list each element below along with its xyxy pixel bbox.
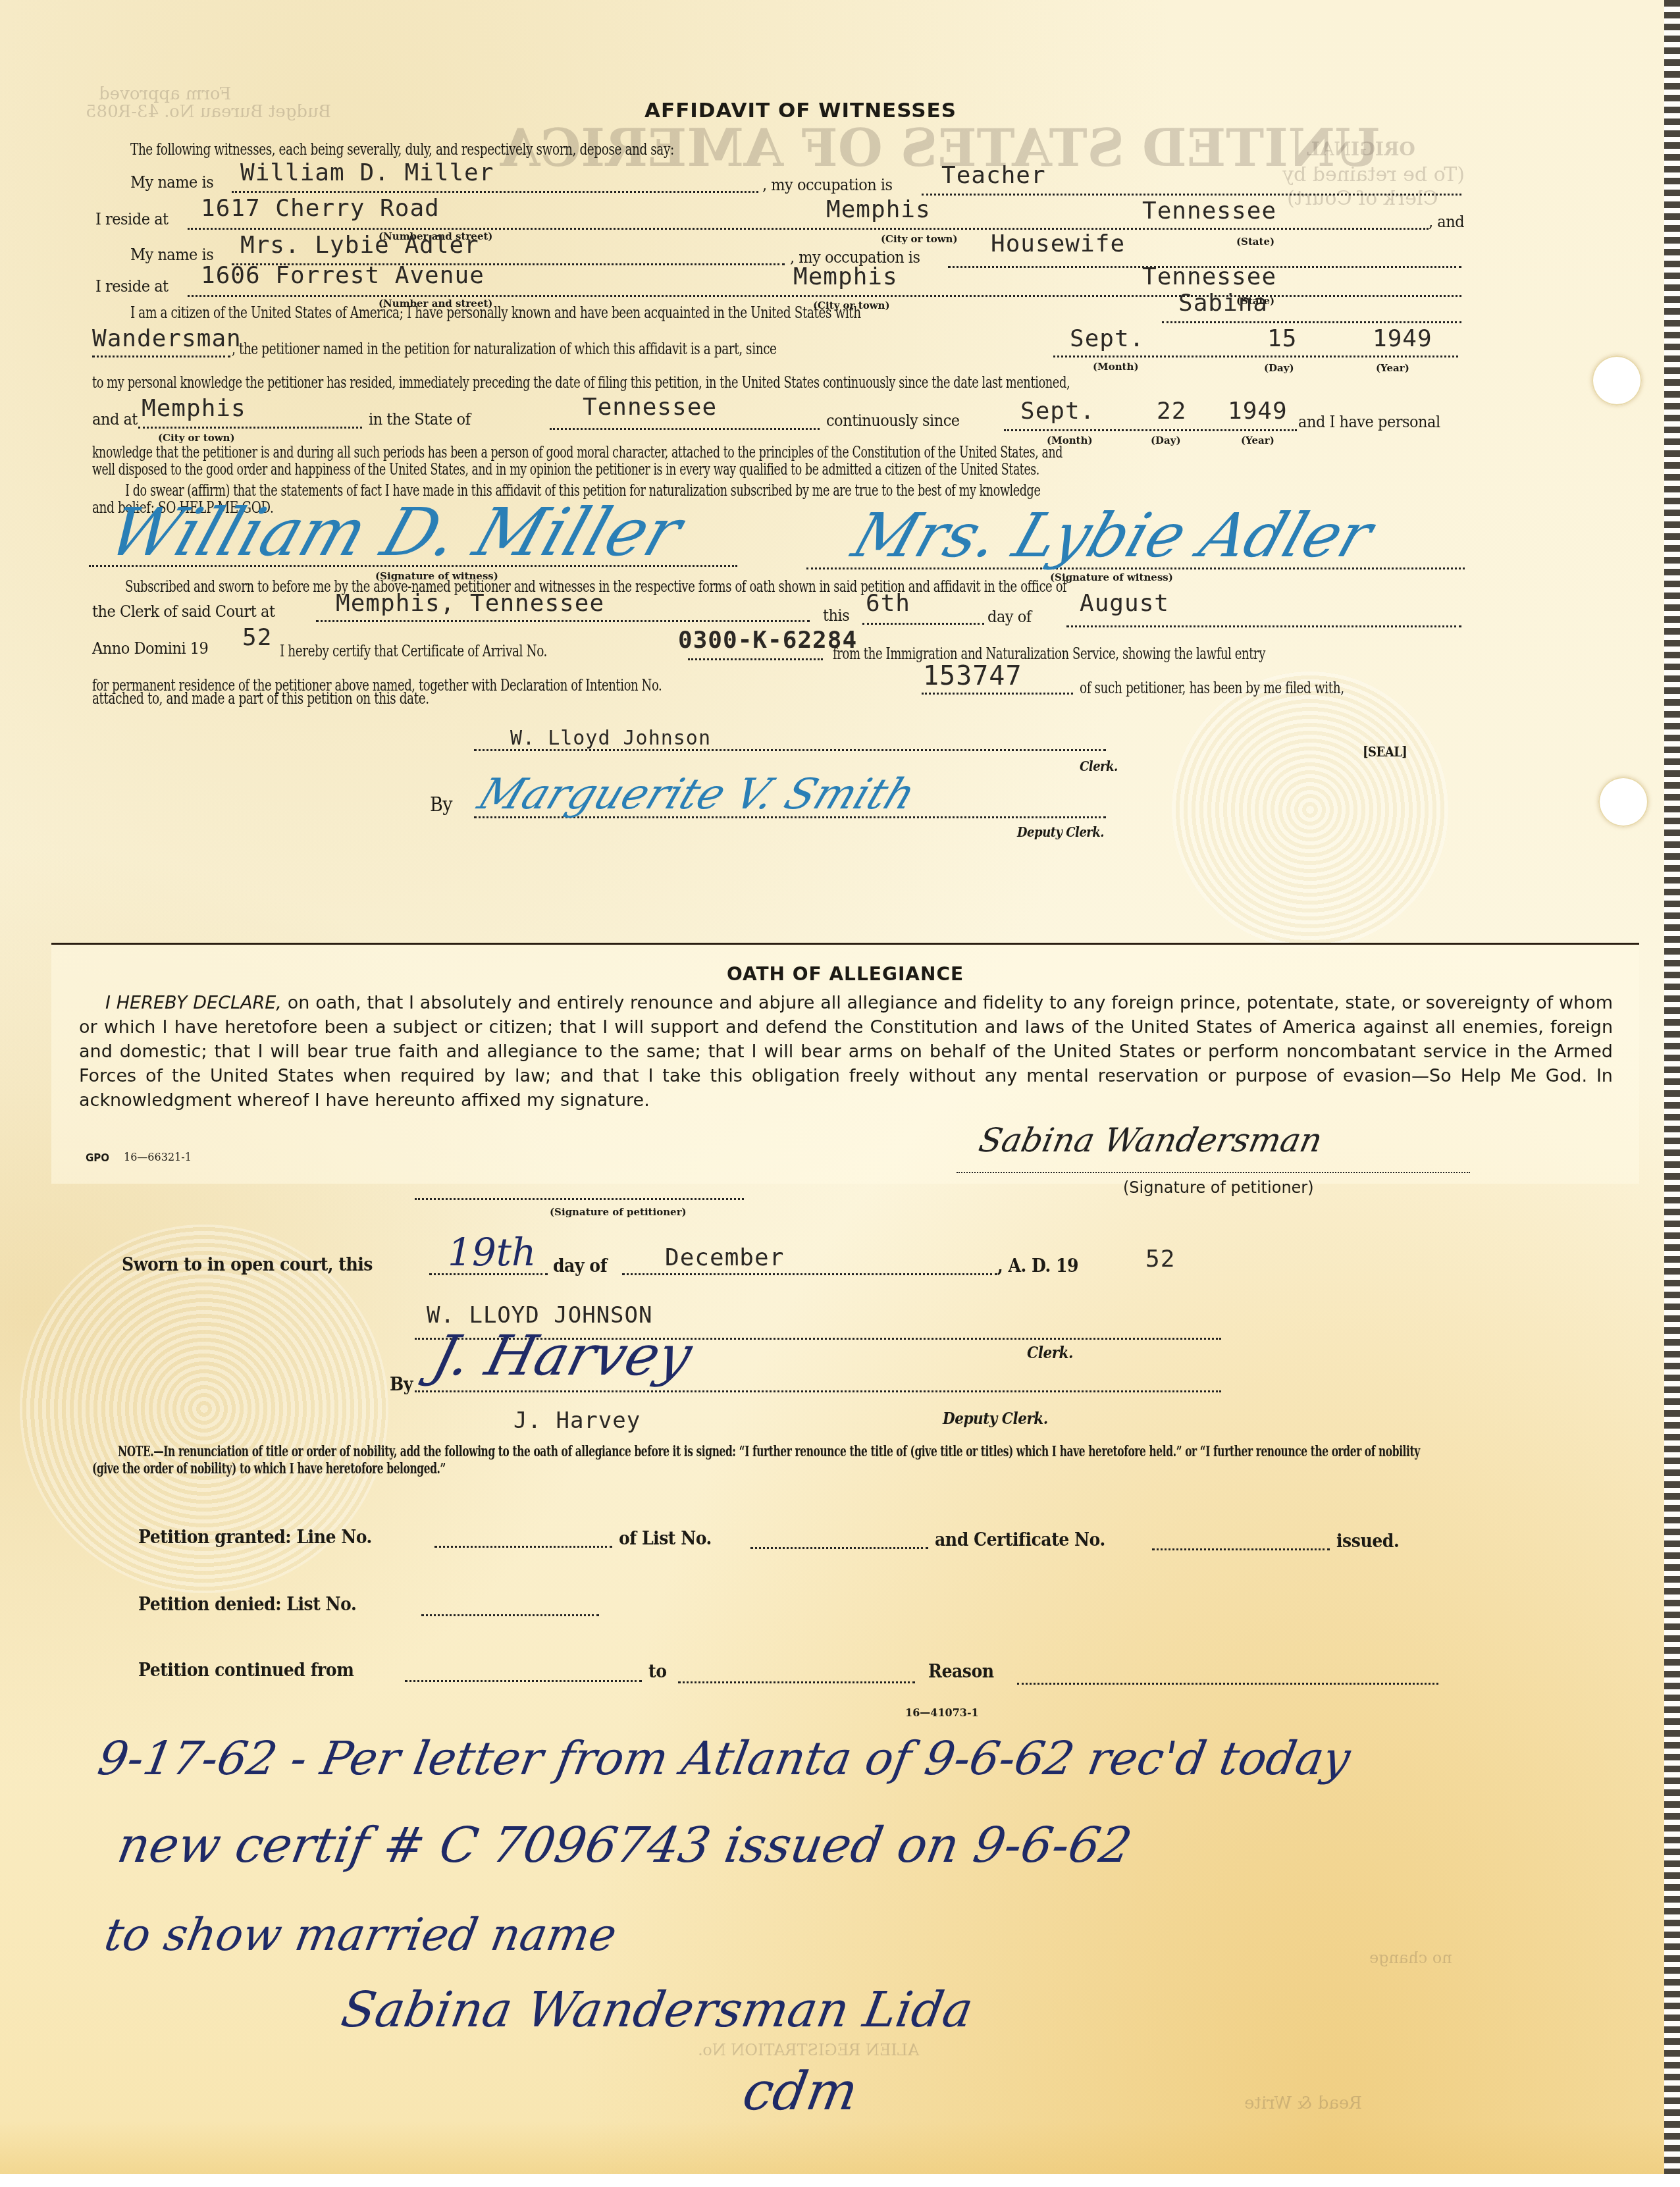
certificate-no-field[interactable] [1152, 1548, 1330, 1550]
witness1-street: 1617 Cherry Road [201, 195, 440, 222]
deputy-signature: Marguerite V. Smith [472, 770, 922, 819]
witness1-reside-label: I reside at [95, 209, 169, 228]
by-label: By [430, 793, 452, 816]
witness1-occupation: Teacher [941, 162, 1046, 189]
clerk-court-label: the Clerk of said Court at [92, 602, 275, 621]
witness2-name-label: My name is [130, 245, 213, 264]
punch-hole [1598, 777, 1648, 827]
court-location: Memphis, Tennessee [336, 590, 604, 617]
citizen-text: I am a citizen of the United States of A… [130, 303, 1021, 322]
petitioner-last-field[interactable] [92, 356, 230, 357]
deputy-clerk-label: Deputy Clerk. [1017, 824, 1104, 840]
month-value: August [1080, 590, 1169, 617]
ghost-retained-by: (To be retained by [1282, 163, 1465, 186]
ghost-no-change: no change [1369, 1949, 1452, 1967]
granted-label: Petition granted: Line No. [138, 1526, 372, 1548]
annotation-initials: cdm [739, 2061, 862, 2122]
resided-state-field[interactable] [550, 428, 820, 430]
issued-label: issued. [1336, 1530, 1399, 1552]
oath-title: OATH OF ALLEGIANCE [51, 963, 1639, 985]
witness2-name: Mrs. Lybie Adler [240, 232, 479, 259]
witness1-name-label: My name is [130, 172, 213, 192]
sworn-label: Sworn to in open court, this [122, 1253, 373, 1275]
witness1-name-field[interactable] [232, 191, 758, 193]
continued-to-field[interactable] [678, 1681, 915, 1683]
sworn-day-of-label: day of [553, 1255, 607, 1277]
oath-of-allegiance-box: OATH OF ALLEGIANCE I HEREBY DECLARE, on … [51, 943, 1639, 1184]
punch-hole [1592, 356, 1642, 406]
oath-body: on oath, that I absolutely and entirely … [79, 993, 1613, 1111]
petitioner-last-name: Wandersman [92, 325, 242, 352]
petitioner-signature-line[interactable] [957, 1172, 1470, 1173]
petitioner-signature: Sabina Wandersman [976, 1121, 1326, 1159]
sworn-day: 19th [448, 1230, 536, 1275]
ghost-read-write: Read & Write [1244, 2094, 1362, 2113]
reason-field[interactable] [1017, 1683, 1438, 1685]
court-deputy-line[interactable] [415, 1390, 1221, 1392]
annotation-line-2: new certif # C 7096743 issued on 9-6-62 [113, 1817, 1136, 1874]
witness2-occupation: Housewife [991, 230, 1125, 257]
page-edge [1664, 0, 1680, 2187]
court-by-label: By [390, 1373, 413, 1395]
sworn-month-field[interactable] [622, 1273, 997, 1275]
resided-state: Tennessee [583, 394, 717, 421]
caption-state: (State) [1236, 236, 1274, 248]
caption-year: (Year) [1376, 362, 1409, 374]
knowledge-text-2: well disposed to the good order and happ… [92, 460, 1323, 479]
gpo-label: GPO [86, 1152, 109, 1164]
day-of-label: day of [987, 607, 1032, 626]
court-deputy-signature: J. Harvey [427, 1323, 698, 1388]
of-list-label: of List No. [619, 1527, 712, 1549]
declaration-no: 153747 [923, 661, 1022, 691]
anno-domini-label: Anno Domini 19 [92, 639, 208, 658]
in-state-of-label: in the State of [369, 409, 470, 429]
denied-label: Petition denied: List No. [138, 1593, 356, 1615]
caption-month: (Month) [1093, 361, 1139, 373]
certify-text: I hereby certify that Certificate of Arr… [280, 641, 606, 660]
ghost-alien-registration: ALIEN REGISTRATION No. [698, 2041, 919, 2059]
personal-text: and I have personal [1298, 412, 1440, 431]
arrival-no: 0300-K-62284 [678, 627, 857, 654]
resided-city: Memphis [142, 395, 246, 422]
witness2-reside-label: I reside at [95, 277, 169, 296]
annotation-line-4: Sabina Wandersman Lida [337, 1982, 977, 2038]
witness1-signature: William D. Miller [99, 494, 691, 571]
court-deputy-label: Deputy Clerk. [943, 1409, 1048, 1428]
nobility-note: NOTE.—In renunciation of title or order … [92, 1443, 1438, 1477]
witness1-occupation-label: , my occupation is [762, 175, 893, 194]
witness1-occupation-field[interactable] [922, 194, 1461, 196]
certificate-label: and Certificate No. [935, 1529, 1105, 1550]
since2-day: 22 [1157, 398, 1186, 425]
annotation-line-1: 9-17-62 - Per letter from Atlanta of 9-6… [94, 1731, 1355, 1785]
continued-label: Petition continued from [138, 1659, 354, 1681]
resided-text: to my personal knowledge the petitioner … [92, 373, 1330, 392]
embossed-seal [1172, 672, 1448, 948]
oath-text: I HEREBY DECLARE, on oath, that I absolu… [79, 991, 1613, 1113]
list-no-field[interactable] [750, 1547, 928, 1549]
continued-from-field[interactable] [405, 1680, 642, 1682]
reason-label: Reason [928, 1660, 994, 1682]
line-no-field[interactable] [434, 1546, 612, 1548]
petitioner-first-field[interactable] [1162, 321, 1461, 323]
witness2-signature: Mrs. Lybie Adler [845, 500, 1381, 571]
seal-label: [SEAL] [1363, 744, 1407, 760]
witness1-name: William D. Miller [240, 159, 494, 186]
since1-day: 15 [1267, 325, 1297, 352]
witness1-address-field[interactable] [188, 228, 1429, 230]
oath-lead: I HEREBY DECLARE, [105, 993, 282, 1013]
knowledge-text-1: knowledge that the petitioner is and dur… [92, 442, 1352, 461]
ad-label: , A. D. 19 [997, 1255, 1078, 1277]
court-deputy-typed: J. Harvey [513, 1408, 641, 1434]
arrival-no-field[interactable] [688, 658, 823, 660]
month-field[interactable] [1066, 625, 1461, 627]
continuously-since-label: continuously since [826, 411, 960, 430]
since2-month: Sept. [1020, 398, 1095, 425]
court-petitioner-signature-line[interactable] [415, 1198, 744, 1200]
ghost-clerk-of-court: Clerk of Court) [1287, 187, 1438, 210]
clerk-label: Clerk. [1080, 758, 1118, 774]
witness1-trailing: , and [1429, 212, 1464, 231]
witness1-state: Tennessee [1142, 198, 1276, 224]
this-label: this [823, 606, 849, 625]
filed-text: of such petitioner, has been by me filed… [1080, 678, 1402, 697]
since1-field[interactable] [1053, 356, 1458, 357]
court-clerk-label: Clerk. [1027, 1343, 1073, 1362]
to-label: to [648, 1660, 666, 1682]
caption-city-town: (City or town) [881, 233, 958, 245]
since1-year: 1949 [1373, 325, 1432, 352]
sworn-year: 52 [1145, 1246, 1175, 1273]
form-number: 16—41073-1 [905, 1706, 979, 1719]
sworn-month: December [665, 1244, 784, 1271]
day-field[interactable] [862, 623, 984, 625]
declaration-no-field[interactable] [922, 693, 1073, 695]
since2-field[interactable] [1004, 429, 1297, 431]
court-location-field[interactable] [316, 620, 810, 622]
witness2-city: Memphis [793, 263, 898, 290]
clerk-name: W. Lloyd Johnson [510, 727, 711, 750]
intro-text: The following witnesses, each being seve… [130, 140, 793, 159]
day-value: 6th [866, 590, 910, 617]
witness2-street: 1606 Forrest Avenue [201, 262, 485, 289]
witness1-city: Memphis [826, 196, 931, 223]
affidavit-title: AFFIDAVIT OF WITNESSES [0, 99, 1680, 122]
scan-margin [0, 2174, 1680, 2187]
witness2-state: Tennessee [1142, 263, 1276, 290]
resided-city-field[interactable] [138, 427, 362, 429]
oath-signature-caption: (Signature of petitioner) [1123, 1178, 1314, 1197]
and-at-label: and at [92, 409, 138, 429]
anno-domini-year: 52 [242, 624, 272, 651]
from-ins-text: from the Immigration and Naturalization … [833, 644, 1373, 663]
denied-list-no-field[interactable] [421, 1614, 599, 1616]
annotation-line-3: to show married name [101, 1909, 620, 1961]
ghost-original: ORIGINAL [1307, 138, 1415, 160]
court-signature-caption: (Signature of petitioner) [550, 1206, 687, 1218]
since2-year: 1949 [1228, 398, 1288, 425]
attached-text: attached to, and made a part of this pet… [92, 689, 503, 708]
petitioner-first-name: Sabina [1178, 290, 1268, 317]
petitioner-text: , the petitioner named in the petition f… [232, 339, 896, 358]
gpo-number: 16—66321-1 [124, 1151, 192, 1163]
since1-month: Sept. [1070, 325, 1144, 352]
